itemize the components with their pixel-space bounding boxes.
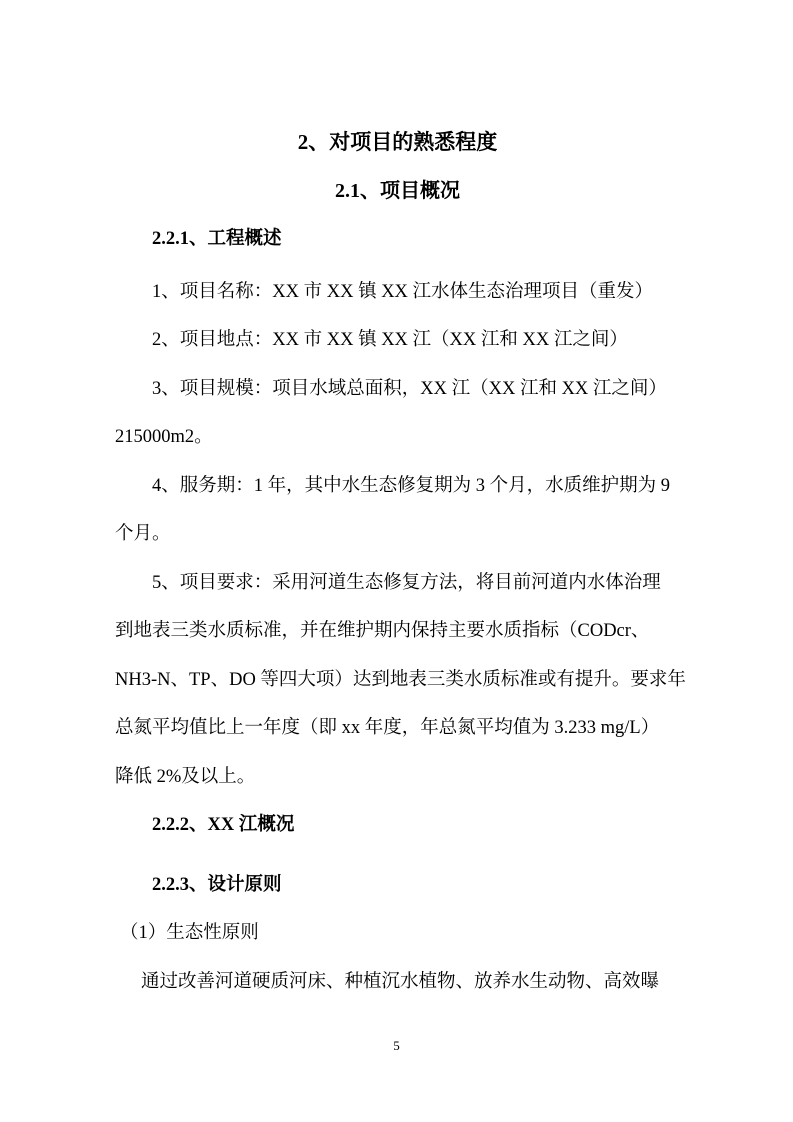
subsection-heading-221: 2.2.1、工程概述 xyxy=(115,215,680,264)
section-heading: 2.1、项目概况 xyxy=(115,167,680,216)
list-item-3: 3、项目规模：项目水域总面积，XX 江（XX 江和 XX 江之间） xyxy=(115,365,680,414)
list-item-2: 2、项目地点：XX 市 XX 镇 XX 江（XX 江和 XX 江之间） xyxy=(115,316,680,365)
list-item-5-continuation-3: 总氮平均值比上一年度（即 xx 年度，年总氮平均值为 3.233 mg/L） xyxy=(115,704,680,753)
list-item-5-continuation-1: 到地表三类水质标准，并在维护期内保持主要水质指标（CODcr、 xyxy=(115,607,680,656)
chapter-heading: 2、对项目的熟悉程度 xyxy=(115,118,680,167)
list-item-5-continuation-2: NH3-N、TP、DO 等四大项）达到地表三类水质标准或有提升。要求年 xyxy=(115,656,680,705)
list-item-4: 4、服务期：1 年，其中水生态修复期为 3 个月，水质维护期为 9 xyxy=(115,462,680,511)
subsection-heading-223: 2.2.3、设计原则 xyxy=(115,861,680,910)
list-item-5-continuation-4: 降低 2%及以上。 xyxy=(115,753,680,802)
document-body: 2、对项目的熟悉程度 2.1、项目概况 2.2.1、工程概述 1、项目名称：XX… xyxy=(115,118,680,1006)
page-number: 5 xyxy=(0,1038,793,1054)
list-item-5: 5、项目要求：采用河道生态修复方法，将目前河道内水体治理 xyxy=(115,559,680,608)
principle-1-heading: （1）生态性原则 xyxy=(115,909,680,958)
principle-1-body-line: 通过改善河道硬质河床、种植沉水植物、放养水生动物、高效曝 xyxy=(115,958,680,1007)
subsection-heading-222: 2.2.2、XX 江概况 xyxy=(115,801,680,850)
document-page: 2、对项目的熟悉程度 2.1、项目概况 2.2.1、工程概述 1、项目名称：XX… xyxy=(0,0,793,1122)
list-item-1: 1、项目名称：XX 市 XX 镇 XX 江水体生态治理项目（重发） xyxy=(115,268,680,317)
list-item-3-continuation: 215000m2。 xyxy=(115,413,680,462)
list-item-4-continuation: 个月。 xyxy=(115,510,680,559)
